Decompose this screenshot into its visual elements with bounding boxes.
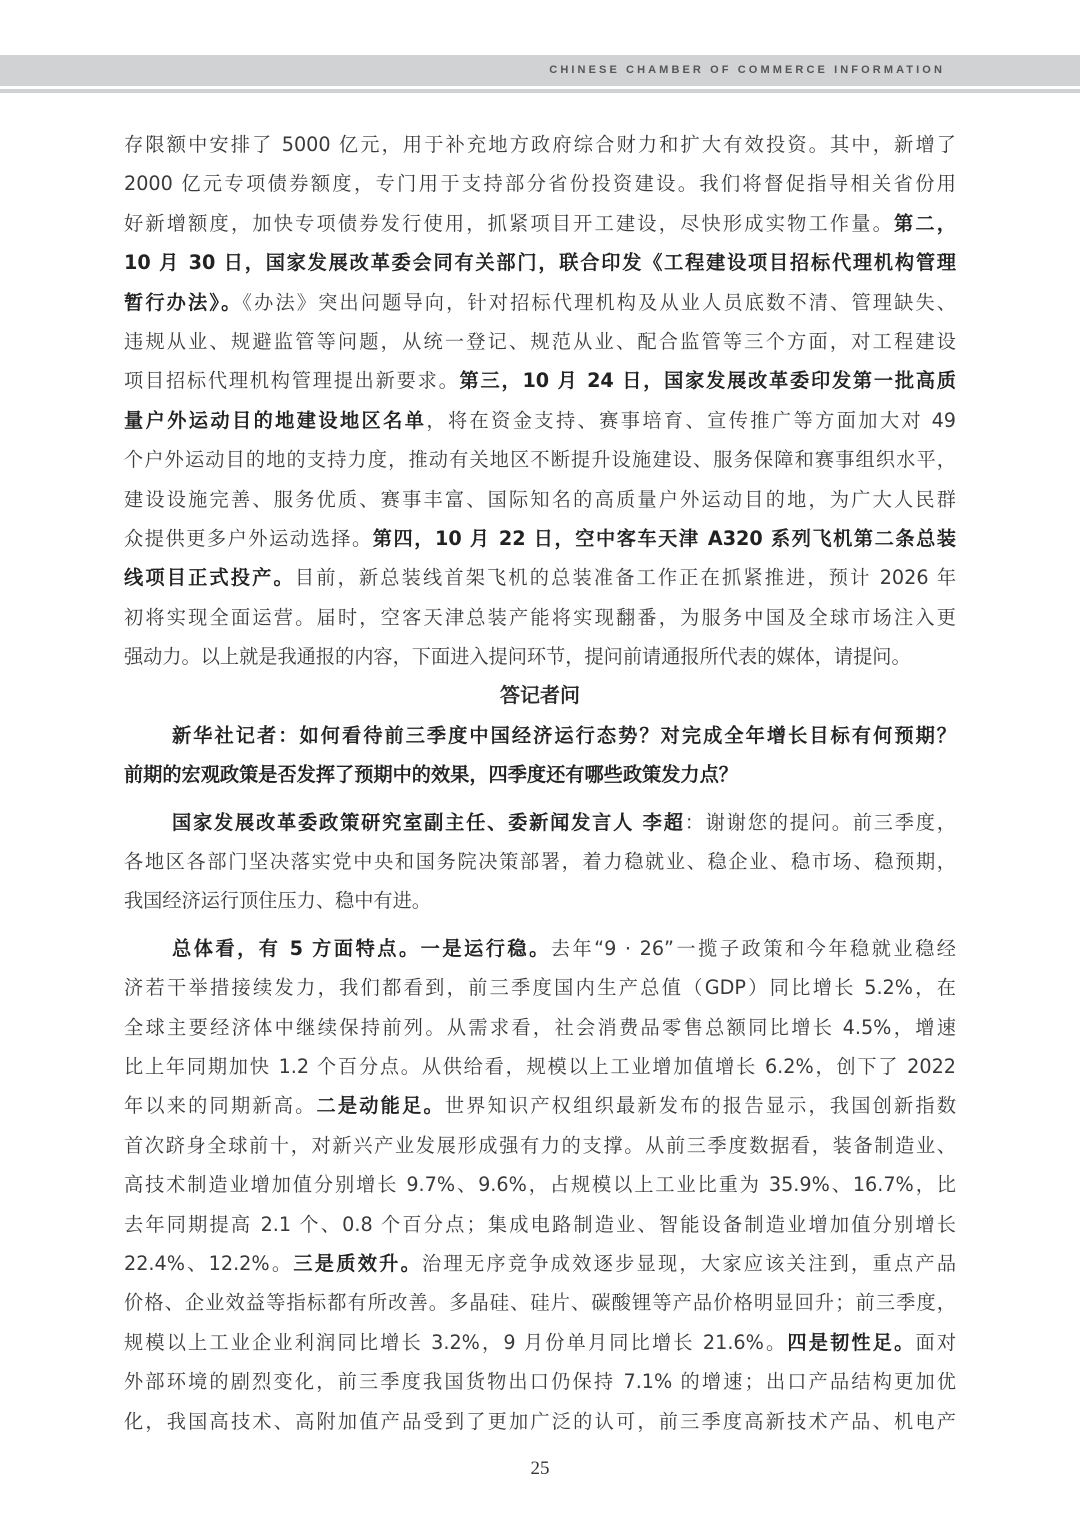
text-run: 全球主要经济体中继续保持前列。从需求看，社会消费品零售总额同比增长 4.5%，增… xyxy=(124,1016,956,1039)
text-line: 比上年同期加快 1.2 个百分点。从供给看，规模以上工业增加值增长 6.2%，创… xyxy=(124,1047,956,1086)
text-line: 强动力。以上就是我通报的内容，下面进入提问环节，提问前请通报所代表的媒体，请提问… xyxy=(124,637,956,676)
text-run: 首次跻身全球前十，对新兴产业发展形成强有力的支撑。从前三季度数据看，装备制造业、 xyxy=(124,1134,956,1157)
bold-text-run: 第三，10 月 24 日，国家发展改革委印发第一批高质 xyxy=(460,369,956,392)
text-line: 量户外运动目的地建设地区名单，将在资金支持、赛事培育、宣传推广等方面加大对 49 xyxy=(124,401,956,440)
text-line: 众提供更多户外运动选择。第四，10 月 22 日，空中客车天津 A320 系列飞… xyxy=(124,519,956,558)
page-number: 25 xyxy=(0,1458,1080,1480)
text-line: 规模以上工业企业利润同比增长 3.2%，9 月份单月同比增长 21.6%。四是韧… xyxy=(124,1323,956,1362)
text-line: 项目招标代理机构管理提出新要求。第三，10 月 24 日，国家发展改革委印发第一… xyxy=(124,361,956,400)
bold-text-run: 暂行办法》。 xyxy=(124,291,242,314)
text-line: 22.4%、12.2%。三是质效升。治理无序竞争成效逐步显现，大家应该关注到，重… xyxy=(124,1244,956,1283)
text-run: 目前，新总装线首架飞机的总装准备工作正在抓紧推进，预计 2026 年 xyxy=(295,566,956,589)
bold-text-run: 二是动能足。 xyxy=(317,1094,445,1117)
paragraph-question: 新华社记者：如何看待前三季度中国经济运行态势？对完成全年增长目标有何预期？前期的… xyxy=(124,716,956,795)
text-line: 新华社记者：如何看待前三季度中国经济运行态势？对完成全年增长目标有何预期？ xyxy=(124,716,956,755)
text-line: 线项目正式投产。目前，新总装线首架飞机的总装准备工作正在抓紧推进，预计 2026… xyxy=(124,558,956,597)
text-line: 我国经济运行顶住压力、稳中有进。 xyxy=(124,881,956,920)
bold-text-run: 第四，10 月 22 日，空中客车天津 A320 系列飞机第二条总装 xyxy=(373,527,956,550)
text-line: 济若干举措接续发力，我们都看到，前三季度国内生产总值（GDP）同比增长 5.2%… xyxy=(124,968,956,1007)
text-run: 存限额中安排了 5000 亿元，用于补充地方政府综合财力和扩大有效投资。其中，新… xyxy=(124,133,956,156)
bold-text-run: 总体看，有 5 方面特点。一是运行稳。 xyxy=(172,937,551,960)
text-line: 总体看，有 5 方面特点。一是运行稳。去年“9 · 26”一揽子政策和今年稳就业… xyxy=(124,929,956,968)
text-line: 年以来的同期新高。二是动能足。世界知识产权组织最新发布的报告显示，我国创新指数 xyxy=(124,1086,956,1125)
text-line: 违规从业、规避监管等问题，从统一登记、规范从业、配合监管等三个方面，对工程建设 xyxy=(124,322,956,361)
text-line: 好新增额度，加快专项债券发行使用，抓紧项目开工建设，尽快形成实物工作量。第二， xyxy=(124,204,956,243)
text-run: 面对 xyxy=(915,1331,956,1354)
text-run: 众提供更多户外运动选择。 xyxy=(124,527,373,550)
bold-text-run: 线项目正式投产。 xyxy=(124,566,295,589)
text-run: 世界知识产权组织最新发布的报告显示，我国创新指数 xyxy=(445,1094,956,1117)
bold-text-run: 新华社记者：如何看待前三季度中国经济运行态势？对完成全年增长目标有何预期？ xyxy=(172,724,956,747)
text-run: 去年“9 · 26”一揽子政策和今年稳就业稳经 xyxy=(551,937,956,960)
text-line: 初将实现全面运营。届时，空客天津总装产能将实现翻番，为服务中国及全球市场注入更 xyxy=(124,598,956,637)
paragraph-answer-intro: 国家发展改革委政策研究室副主任、委新闻发言人 李超：谢谢您的提问。前三季度，各地… xyxy=(124,803,956,921)
text-run: 初将实现全面运营。届时，空客天津总装产能将实现翻番，为服务中国及全球市场注入更 xyxy=(124,606,956,629)
paragraph-answer-main: 总体看，有 5 方面特点。一是运行稳。去年“9 · 26”一揽子政策和今年稳就业… xyxy=(124,929,956,1441)
text-line: 首次跻身全球前十，对新兴产业发展形成强有力的支撑。从前三季度数据看，装备制造业、 xyxy=(124,1126,956,1165)
text-line: 外部环境的剧烈变化，前三季度我国货物出口仍保持 7.1% 的增速；出口产品结构更… xyxy=(124,1362,956,1401)
publication-title: CHINESE CHAMBER OF COMMERCE INFORMATION xyxy=(549,64,945,76)
text-line: 存限额中安排了 5000 亿元，用于补充地方政府综合财力和扩大有效投资。其中，新… xyxy=(124,125,956,164)
text-run: 年以来的同期新高。 xyxy=(124,1094,317,1117)
text-line: 10 月 30 日，国家发展改革委会同有关部门，联合印发《工程建设项目招标代理机… xyxy=(124,243,956,282)
text-line: 高技术制造业增加值分别增长 9.7%、9.6%，占规模以上工业比重为 35.9%… xyxy=(124,1165,956,1204)
bold-text-run: 四是韧性足。 xyxy=(787,1331,915,1354)
text-run: 22.4%、12.2%。 xyxy=(124,1252,293,1275)
paragraph-gap xyxy=(124,921,956,929)
text-run: 规模以上工业企业利润同比增长 3.2%，9 月份单月同比增长 21.6%。 xyxy=(124,1331,787,1354)
article-body: 存限额中安排了 5000 亿元，用于补充地方政府综合财力和扩大有效投资。其中，新… xyxy=(124,125,956,1441)
text-line: 建设设施完善、服务优质、赛事丰富、国际知名的高质量户外运动目的地，为广大人民群 xyxy=(124,480,956,519)
text-line: 个户外运动目的地的支持力度，推动有关地区不断提升设施建设、服务保障和赛事组织水平… xyxy=(124,440,956,479)
bold-text-run: 前期的宏观政策是否发挥了预期中的效果，四季度还有哪些政策发力点？ xyxy=(124,763,738,786)
text-run: 违规从业、规避监管等问题，从统一登记、规范从业、配合监管等三个方面，对工程建设 xyxy=(124,330,956,353)
text-run: 个户外运动目的地的支持力度，推动有关地区不断提升设施建设、服务保障和赛事组织水平… xyxy=(124,448,956,471)
paragraph-gap xyxy=(124,795,956,803)
text-line: 化，我国高技术、高附加值产品受到了更加广泛的认可，前三季度高新技术产品、机电产 xyxy=(124,1402,956,1441)
running-header-band: CHINESE CHAMBER OF COMMERCE INFORMATION xyxy=(0,55,1080,86)
header-divider xyxy=(0,89,1080,93)
text-run: 去年同期提高 2.1 个、0.8 个百分点；集成电路制造业、智能设备制造业增加值… xyxy=(124,1213,956,1236)
text-line: 国家发展改革委政策研究室副主任、委新闻发言人 李超：谢谢您的提问。前三季度， xyxy=(124,803,956,842)
paragraph-announcement: 存限额中安排了 5000 亿元，用于补充地方政府综合财力和扩大有效投资。其中，新… xyxy=(124,125,956,676)
text-run: 2000 亿元专项债券额度，专门用于支持部分省份投资建设。我们将督促指导相关省份… xyxy=(124,172,956,195)
section-heading-press-qa: 答记者问 xyxy=(124,676,956,715)
text-run: ，将在资金支持、赛事培育、宣传推广等方面加大对 49 xyxy=(426,409,956,432)
text-run: ：谢谢您的提问。前三季度， xyxy=(685,811,956,834)
text-line: 各地区各部门坚决落实党中央和国务院决策部署，着力稳就业、稳企业、稳市场、稳预期， xyxy=(124,842,956,881)
text-run: 化，我国高技术、高附加值产品受到了更加广泛的认可，前三季度高新技术产品、机电产 xyxy=(124,1410,956,1433)
bold-text-run: 第二， xyxy=(894,212,956,235)
text-run: 强动力。以上就是我通报的内容，下面进入提问环节，提问前请通报所代表的媒体，请提问… xyxy=(124,645,911,668)
text-line: 去年同期提高 2.1 个、0.8 个百分点；集成电路制造业、智能设备制造业增加值… xyxy=(124,1205,956,1244)
text-run: 各地区各部门坚决落实党中央和国务院决策部署，着力稳就业、稳企业、稳市场、稳预期， xyxy=(124,850,956,873)
text-line: 价格、企业效益等指标都有所改善。多晶硅、硅片、碳酸锂等产品价格明显回升；前三季度… xyxy=(124,1283,956,1322)
text-line: 全球主要经济体中继续保持前列。从需求看，社会消费品零售总额同比增长 4.5%，增… xyxy=(124,1008,956,1047)
text-run: 外部环境的剧烈变化，前三季度我国货物出口仍保持 7.1% 的增速；出口产品结构更… xyxy=(124,1370,956,1393)
bold-text-run: 三是质效升。 xyxy=(293,1252,422,1275)
text-run: 比上年同期加快 1.2 个百分点。从供给看，规模以上工业增加值增长 6.2%，创… xyxy=(124,1055,956,1078)
text-run: 我国经济运行顶住压力、稳中有进。 xyxy=(124,889,431,912)
text-line: 2000 亿元专项债券额度，专门用于支持部分省份投资建设。我们将督促指导相关省份… xyxy=(124,164,956,203)
text-line: 暂行办法》。《办法》突出问题导向，针对招标代理机构及从业人员底数不清、管理缺失、 xyxy=(124,283,956,322)
text-run: 济若干举措接续发力，我们都看到，前三季度国内生产总值（GDP）同比增长 5.2%… xyxy=(124,976,956,999)
text-line: 前期的宏观政策是否发挥了预期中的效果，四季度还有哪些政策发力点？ xyxy=(124,755,956,794)
bold-text-run: 10 月 30 日，国家发展改革委会同有关部门，联合印发《工程建设项目招标代理机… xyxy=(124,251,956,274)
bold-text-run: 国家发展改革委政策研究室副主任、委新闻发言人 李超 xyxy=(172,811,685,834)
text-run: 《办法》突出问题导向，针对招标代理机构及从业人员底数不清、管理缺失、 xyxy=(242,291,956,314)
text-run: 好新增额度，加快专项债券发行使用，抓紧项目开工建设，尽快形成实物工作量。 xyxy=(124,212,894,235)
bold-text-run: 量户外运动目的地建设地区名单 xyxy=(124,409,426,432)
text-run: 高技术制造业增加值分别增长 9.7%、9.6%，占规模以上工业比重为 35.9%… xyxy=(124,1173,956,1196)
text-run: 价格、企业效益等指标都有所改善。多晶硅、硅片、碳酸锂等产品价格明显回升；前三季度… xyxy=(124,1291,956,1314)
text-run: 建设设施完善、服务优质、赛事丰富、国际知名的高质量户外运动目的地，为广大人民群 xyxy=(124,488,956,511)
text-run: 项目招标代理机构管理提出新要求。 xyxy=(124,369,460,392)
text-run: 治理无序竞争成效逐步显现，大家应该关注到，重点产品 xyxy=(422,1252,956,1275)
